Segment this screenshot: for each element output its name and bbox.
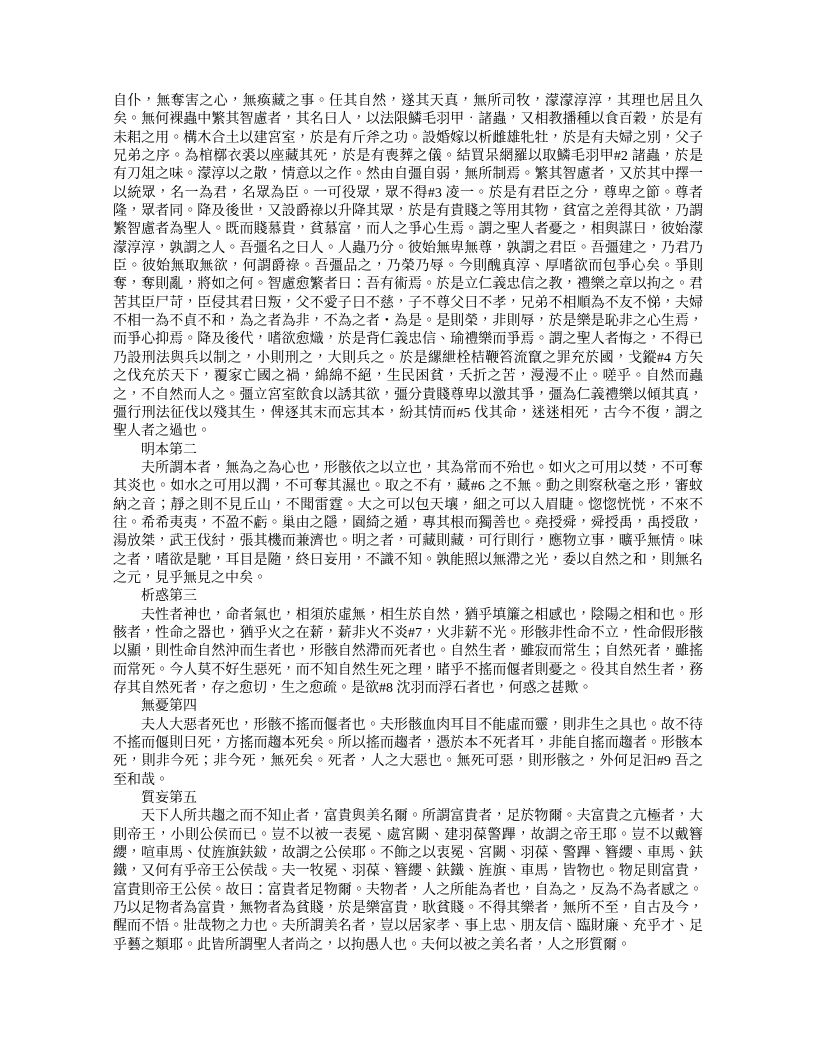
document-page: 自仆，無奪害之心，無瘓藏之事。任其自然，遂其天真，無所司牧，濛濛淳淳，其理也居且…: [0, 0, 816, 1056]
paragraph-xihuo: 夫性者神也，命者氣也，相須於虛無，相生於自然，猶乎填簾之相感也，陰陽之相和也。形…: [113, 607, 703, 699]
section-heading-xihuo: 析惑第三: [113, 588, 703, 606]
text-block: 自仆，無奪害之心，無瘓藏之事。任其自然，遂其天真，無所司牧，濛濛淳淳，其理也居且…: [113, 93, 703, 955]
paragraph-mingben: 夫所謂本者，無為之為心也，形骸依之以立也，其為常而不殆也。如火之可用以焚，不可奪…: [113, 460, 703, 588]
paragraph-shengguo-continuation: 自仆，無奪害之心，無瘓藏之事。任其自然，遂其天真，無所司牧，濛濛淳淳，其理也居且…: [113, 93, 703, 442]
paragraph-zhiwang: 天下人所共趨之而不知止者，富貴與美名爾。所謂富貴者，足於物爾。夫富貴之亢極者，大…: [113, 808, 703, 955]
paragraph-wuyou: 夫人大惡者死也，形骸不搖而偃者也。夫形骸血肉耳目不能虛而靈，則非生之具也。故不待…: [113, 717, 703, 790]
section-heading-mingben: 明本第二: [113, 442, 703, 460]
section-heading-wuyou: 無憂第四: [113, 698, 703, 716]
section-heading-zhiwang: 質妄第五: [113, 790, 703, 808]
